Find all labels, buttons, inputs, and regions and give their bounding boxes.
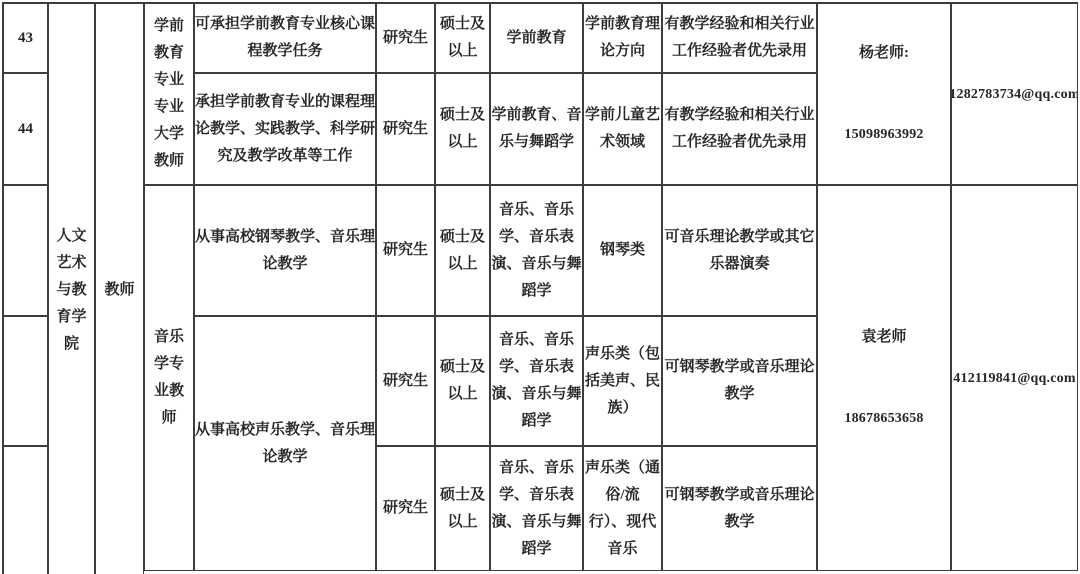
duty-cell: 从事高校钢琴教学、音乐理 论教学 (194, 185, 376, 316)
degree-cell: 硕士及 以上 (435, 446, 490, 571)
contact-phone: 18678653658 (844, 405, 923, 432)
education-cell: 研究生 (376, 185, 435, 316)
contact-name: 袁老师 (844, 324, 923, 351)
major-cell: 音乐、音乐 学、音乐表 演、音乐与舞 蹈学 (490, 185, 583, 316)
row-number-cell: 43 (3, 3, 48, 73)
position-cell-preschool: 学前 教育 专业 专业 大学 教师 (144, 3, 194, 185)
major-cell: 音乐、音乐 学、音乐表 演、音乐与舞 蹈学 (490, 446, 583, 571)
other-requirements-cell: 可钢琴教学或音乐理论 教学 (662, 316, 817, 446)
education-cell: 研究生 (376, 446, 435, 571)
row-number-cell: 44 (3, 73, 48, 185)
direction-cell: 声乐类（通 俗/流 行）、现代 音乐 (583, 446, 662, 571)
direction-cell: 声乐类（包 括美声、民 族） (583, 316, 662, 446)
category-cell: 教师 (95, 3, 144, 574)
direction-cell: 钢琴类 (583, 185, 662, 316)
other-requirements-cell: 有教学经验和相关行业 工作经验者优先录用 (662, 73, 817, 185)
row-number-cell (3, 446, 48, 574)
contact-name: 杨老师: (844, 40, 923, 67)
degree-cell: 硕士及 以上 (435, 73, 490, 185)
contact-cell: 袁老师 18678653658 (817, 185, 951, 571)
duty-cell: 承担学前教育专业的课程理 论教学、实践教学、科学研 究及教学改革等工作 (194, 73, 376, 185)
row-number-cell (3, 185, 48, 316)
other-requirements-cell: 可音乐理论教学或其它 乐器演奏 (662, 185, 817, 316)
email-cell: 412119841@qq.com (951, 185, 1078, 571)
recruitment-table: 43 44 人文 艺术 与教 育学 院 教师 学前 教育 专业 专业 大学 教师… (2, 2, 1078, 574)
direction-cell: 学前教育理 论方向 (583, 3, 662, 73)
row-number-cell (3, 316, 48, 446)
degree-cell: 硕士及 以上 (435, 316, 490, 446)
college-cell: 人文 艺术 与教 育学 院 (48, 3, 95, 574)
contact-cell: 杨老师: 15098963992 (817, 3, 951, 185)
other-requirements-cell: 可钢琴教学或音乐理论 教学 (662, 446, 817, 571)
position-cell-music: 音乐 学专 业教 师 (144, 185, 194, 571)
education-cell: 研究生 (376, 3, 435, 73)
duty-cell-merged-vocal: 从事高校声乐教学、音乐理 论教学 (194, 316, 376, 571)
other-requirements-cell: 有教学经验和相关行业 工作经验者优先录用 (662, 3, 817, 73)
education-cell: 研究生 (376, 73, 435, 185)
duty-cell: 可承担学前教育专业核心课 程教学任务 (194, 3, 376, 73)
major-cell: 学前教育 (490, 3, 583, 73)
degree-cell: 硕士及 以上 (435, 185, 490, 316)
contact-phone: 15098963992 (844, 121, 923, 148)
email-cell: 1282783734@qq.com (951, 3, 1078, 185)
degree-cell: 硕士及 以上 (435, 3, 490, 73)
direction-cell: 学前儿童艺 术领域 (583, 73, 662, 185)
education-cell: 研究生 (376, 316, 435, 446)
major-cell: 学前教育、音 乐与舞蹈学 (490, 73, 583, 185)
major-cell: 音乐、音乐 学、音乐表 演、音乐与舞 蹈学 (490, 316, 583, 446)
